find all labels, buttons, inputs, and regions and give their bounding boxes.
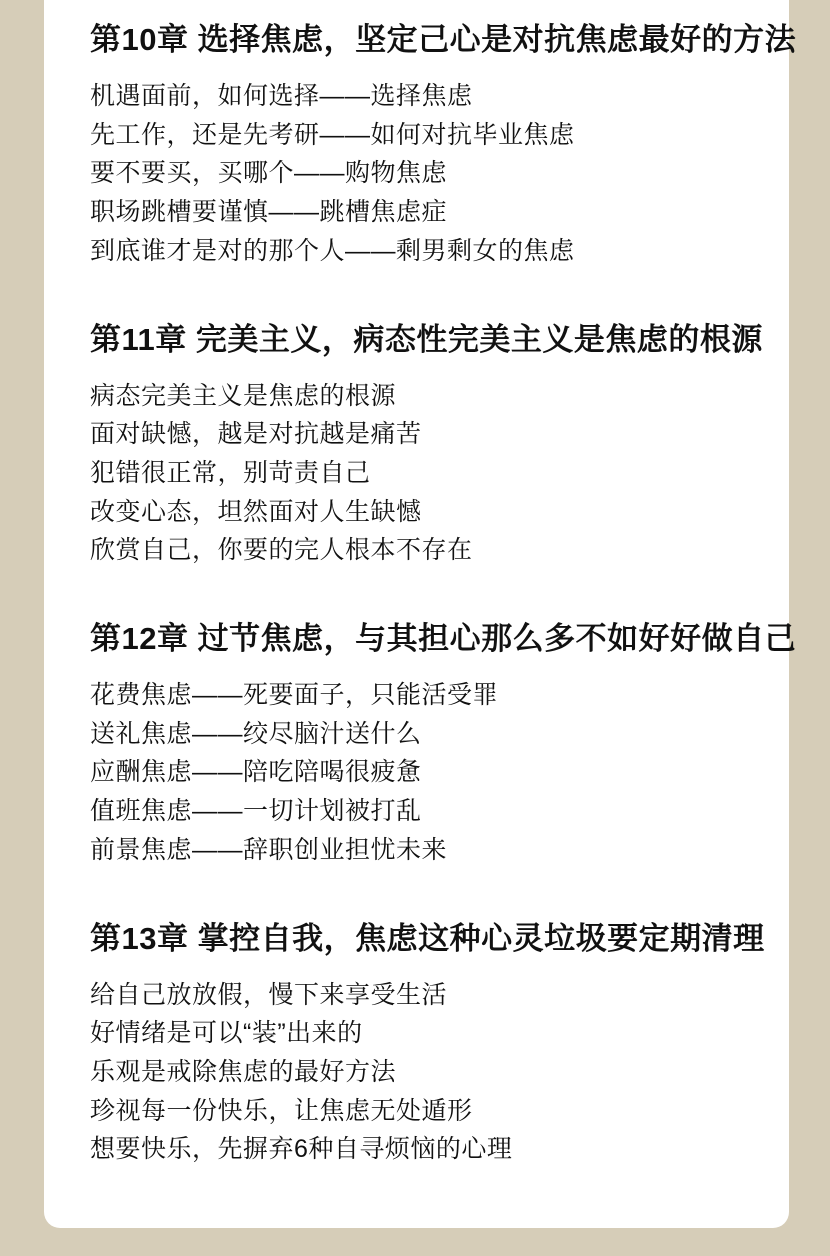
- toc-item: 面对缺憾，越是对抗越是痛苦: [90, 415, 761, 454]
- toc-item: 到底谁才是对的那个人——剩男剩女的焦虑: [90, 232, 761, 271]
- chapter-heading: 第12章 过节焦虑，与其担心那么多不如好好做自己: [90, 619, 761, 659]
- toc-item: 应酬焦虑——陪吃陪喝很疲惫: [90, 753, 761, 792]
- table-of-contents: 第10章 选择焦虑，坚定己心是对抗焦虑最好的方法 机遇面前，如何选择——选择焦虑…: [44, 0, 789, 1169]
- toc-item: 花费焦虑——死要面子，只能活受罪: [90, 676, 761, 715]
- toc-item: 改变心态，坦然面对人生缺憾: [90, 493, 761, 532]
- chapter-section: 第11章 完美主义，病态性完美主义是焦虑的根源 病态完美主义是焦虑的根源 面对缺…: [90, 320, 761, 571]
- toc-item: 欣赏自己，你要的完人根本不存在: [90, 531, 761, 570]
- toc-item: 送礼焦虑——绞尽脑汁送什么: [90, 715, 761, 754]
- toc-item: 想要快乐，先摒弃6种自寻烦恼的心理: [90, 1130, 761, 1169]
- chapter-heading: 第10章 选择焦虑，坚定己心是对抗焦虑最好的方法: [90, 20, 761, 60]
- toc-item: 值班焦虑——一切计划被打乱: [90, 792, 761, 831]
- chapter-section: 第13章 掌控自我，焦虑这种心灵垃圾要定期清理 给自己放放假，慢下来享受生活 好…: [90, 919, 761, 1170]
- chapter-section: 第10章 选择焦虑，坚定己心是对抗焦虑最好的方法 机遇面前，如何选择——选择焦虑…: [90, 20, 761, 271]
- toc-item: 前景焦虑——辞职创业担忧未来: [90, 831, 761, 870]
- toc-item: 机遇面前，如何选择——选择焦虑: [90, 77, 761, 116]
- toc-item: 职场跳槽要谨慎——跳槽焦虑症: [90, 193, 761, 232]
- chapter-heading: 第11章 完美主义，病态性完美主义是焦虑的根源: [90, 320, 761, 360]
- toc-item: 好情绪是可以“装”出来的: [90, 1014, 761, 1053]
- toc-item: 要不要买，买哪个——购物焦虑: [90, 154, 761, 193]
- toc-item: 先工作，还是先考研——如何对抗毕业焦虑: [90, 116, 761, 155]
- toc-item: 病态完美主义是焦虑的根源: [90, 377, 761, 416]
- content-card: 第10章 选择焦虑，坚定己心是对抗焦虑最好的方法 机遇面前，如何选择——选择焦虑…: [44, 0, 789, 1228]
- toc-item: 珍视每一份快乐，让焦虑无处遁形: [90, 1092, 761, 1131]
- toc-item: 犯错很正常，别苛责自己: [90, 454, 761, 493]
- toc-item: 给自己放放假，慢下来享受生活: [90, 976, 761, 1015]
- chapter-heading: 第13章 掌控自我，焦虑这种心灵垃圾要定期清理: [90, 919, 761, 959]
- toc-item: 乐观是戒除焦虑的最好方法: [90, 1053, 761, 1092]
- chapter-section: 第12章 过节焦虑，与其担心那么多不如好好做自己 花费焦虑——死要面子，只能活受…: [90, 619, 761, 870]
